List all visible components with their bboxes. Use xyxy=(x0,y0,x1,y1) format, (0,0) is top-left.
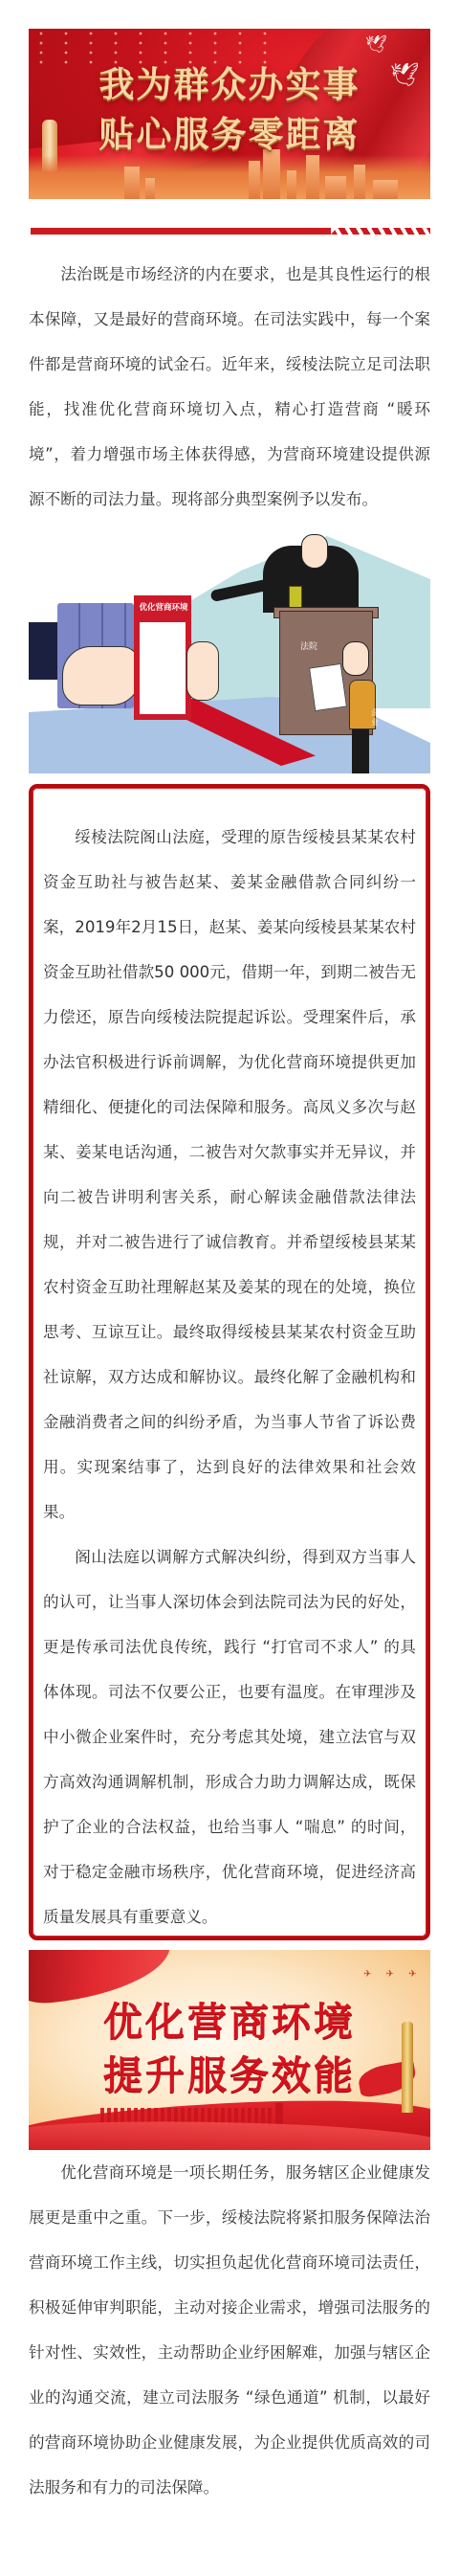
person-head xyxy=(342,641,369,676)
podium-label: 法院 xyxy=(300,639,317,652)
birds-icon: ✈ ✈ ✈ xyxy=(363,1969,423,1980)
hand-icon xyxy=(186,641,219,701)
banner-optimize-business-environment: ✈ ✈ ✈ 优化营商环境 提升服务效能 xyxy=(29,1950,430,2150)
banner-title-line1: 我为群众办实事 xyxy=(86,56,373,107)
case-paragraph: 阁山法庭以调解方式解决纠纷，得到双方当事人的认可，让当事人深切体会到法院司法为民… xyxy=(43,1534,416,1939)
banner-title-line1: 优化营商环境 xyxy=(96,1990,363,2047)
intro-section: 法治既是市场经济的内在要求，也是其良性运行的根本保障，又是最好的营商环境。在司法… xyxy=(29,252,430,522)
banner-title-line2: 贴心服务零距离 xyxy=(86,105,373,157)
banner-title-line2: 提升服务效能 xyxy=(96,2044,363,2100)
court-business-illustration: 优化营商环境 法院 企业 xyxy=(29,526,430,773)
city-skyline-decoration xyxy=(29,155,430,199)
door-label: 优化营商环境 xyxy=(138,601,189,613)
document-icon xyxy=(309,663,347,711)
door-frame xyxy=(134,595,191,720)
case-paragraph: 绥棱法院阁山法庭，受理的原告绥棱县某某农村资金互助社与被告赵某、姜某金融借款合同… xyxy=(43,815,416,1534)
divider-striped-end xyxy=(331,228,430,235)
banner-serve-the-people: 🕊 🕊 我为群众办实事 贴心服务零距离 xyxy=(29,29,430,199)
person-label: 企业 xyxy=(371,708,381,728)
judge-head xyxy=(301,534,328,569)
case-box-content: 绥棱法院阁山法庭，受理的原告绥棱县某某农村资金互助社与被告赵某、姜某金融借款合同… xyxy=(43,815,416,1939)
divider-solid-bar xyxy=(31,228,331,235)
case-box: 绥棱法院阁山法庭，受理的原告绥棱县某某农村资金互助社与被告赵某、姜某金融借款合同… xyxy=(29,784,430,1940)
gavel-icon xyxy=(289,586,302,609)
dove-icon: 🕊 xyxy=(390,63,419,86)
closing-paragraph: 优化营商环境是一项长期任务，服务辖区企业健康发展更是重中之重。下一步，绥棱法院将… xyxy=(29,2150,430,2510)
dove-icon: 🕊 xyxy=(365,36,387,54)
hand-icon xyxy=(62,646,141,706)
intro-paragraph: 法治既是市场经济的内在要求，也是其良性运行的根本保障，又是最好的营商环境。在司法… xyxy=(29,252,430,522)
person-legs xyxy=(352,726,369,773)
section-divider xyxy=(31,228,430,235)
huabiao-pillar-icon xyxy=(402,2022,413,2113)
closing-section: 优化营商环境是一项长期任务，服务辖区企业健康发展更是重中之重。下一步，绥棱法院将… xyxy=(29,2150,430,2510)
